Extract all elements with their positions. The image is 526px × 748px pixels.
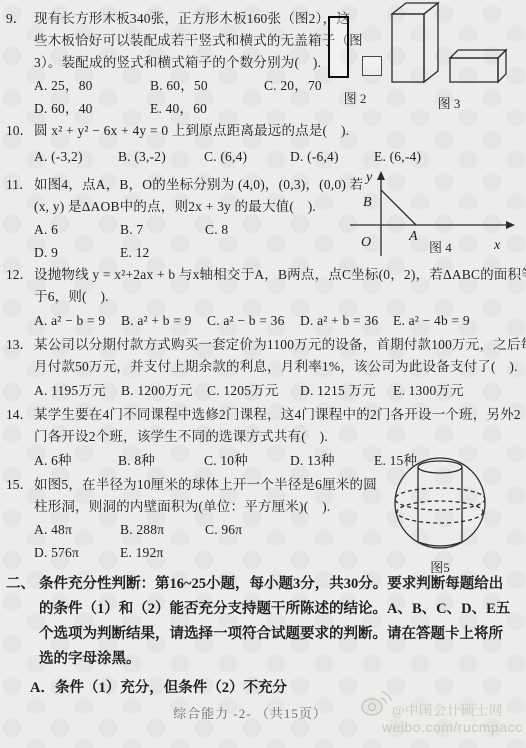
- question-text-line: 某公司以分期付款方式购买一套定价为1100万元的设备，首期付款100万元，之后每: [34, 334, 526, 356]
- option-b: B. 7: [120, 219, 205, 241]
- option-d: D. 1215 万元: [300, 380, 393, 402]
- sphere-cylinder-drawing: [390, 454, 490, 554]
- question-text-line: 柱形洞，则洞的内壁面积为(单位：平方厘米)( ).: [34, 496, 379, 518]
- question-text-line: 月付款50万元，并支付上期余款的利息，月利率1%，该公司为此设备支付了( ).: [34, 356, 526, 378]
- options-row: D. 9 E. 12: [34, 242, 334, 264]
- option-a: A. 1195万元: [34, 380, 121, 402]
- watermark-handle: @中国会计硕士网: [392, 703, 503, 718]
- boxes-3d-drawing: [388, 0, 510, 88]
- options-row: D. 576π E. 192π: [34, 542, 334, 564]
- option-e: E. 40，60: [150, 98, 264, 120]
- section-text-line: 选的字母涂黑。: [39, 647, 522, 672]
- section-2-number: 二、: [6, 572, 39, 672]
- question-text-line: 圆 x² + y² − 6x + 4y = 0 上到原点距离最远的点是( ).: [34, 120, 520, 142]
- page-footer: 综合能力 -2- （共15页）: [100, 703, 400, 722]
- question-10: 10． 圆 x² + y² − 6x + 4y = 0 上到原点距离最远的点是(…: [6, 120, 520, 168]
- question-text-line: 3）。装配成的竖式和横式箱子的个数分别为( ).: [34, 52, 326, 74]
- option-e: E. 12: [120, 242, 205, 264]
- question-number: 10．: [6, 120, 34, 142]
- option-e: E. 192π: [120, 542, 205, 564]
- section-2-header: 二、 条件充分性判断：第16~25小题，每小题3分，共30分。要求判断每题给出 …: [6, 572, 522, 701]
- question-body: 圆 x² + y² − 6x + 4y = 0 上到原点距离最远的点是( ). …: [34, 120, 520, 168]
- question-text-line: 设抛物线 y = x²+2ax + b 与x轴相交于A，B两点，点C坐标(0，2…: [34, 264, 526, 286]
- question-body: 如图5，在半径为10厘米的球体上开一个半径是6厘米的圆 柱形洞，则洞的内壁面积为…: [34, 474, 379, 564]
- question-body: 某公司以分期付款方式购买一套定价为1100万元的设备，首期付款100万元，之后每…: [34, 334, 526, 402]
- point-label-b: B: [363, 195, 372, 210]
- axis-label-y: y: [364, 170, 373, 185]
- option-c: C. 10种: [204, 450, 290, 472]
- options-row: A. 25，80 B. 60，50 C. 20，70: [34, 75, 326, 97]
- option-d: D. (-6,4): [290, 146, 374, 168]
- options-row: A. (-3,2) B. (3,-2) C. (6,4) D. (-6,4) E…: [34, 146, 520, 168]
- option-c: C. (6,4): [204, 146, 290, 168]
- section-text-line: 条件充分性判断：第16~25小题，每小题3分，共30分。要求判断每题给出: [39, 572, 522, 597]
- option-a: A. 6: [34, 219, 120, 241]
- question-text-line: 于6，则( ).: [34, 286, 526, 308]
- figure-3: 图 3: [388, 0, 514, 112]
- option-d: D. 9: [34, 242, 120, 264]
- option-c: C. 20，70: [264, 75, 326, 97]
- option-e: E. a² − 4b = 9: [393, 310, 526, 332]
- exam-page: 9． 现有长方形木板340张，正方形木板160张（图2），这 些木板恰好可以装配…: [0, 0, 526, 748]
- option-d: D. 13种: [290, 450, 374, 472]
- axis-label-x: x: [493, 238, 501, 253]
- point-label-a: A: [408, 229, 418, 244]
- question-body: 如图4，点A，B，O的坐标分别为 (4,0)，(0,3)，(0,0) 若 (x,…: [34, 174, 340, 264]
- rectangular-board-shape: [328, 16, 349, 78]
- question-text-line: 如图5，在半径为10厘米的球体上开一个半径是6厘米的圆: [34, 474, 379, 496]
- options-row: A. 48π B. 288π C. 96π: [34, 519, 334, 541]
- option-c: C. 96π: [205, 519, 334, 541]
- question-number: 12．: [6, 264, 34, 286]
- option-a: A. 6种: [34, 450, 118, 472]
- figure-2: 图 2: [324, 14, 396, 110]
- option-b: B. 1200万元: [121, 380, 207, 402]
- question-number: 11．: [6, 174, 34, 196]
- figure-4: y B O A x 图 4: [346, 168, 524, 265]
- coordinate-plot-drawing: y B O A x 图 4: [346, 168, 522, 260]
- option-b: B. a² + b = 9: [121, 310, 207, 332]
- option-a: A. 25，80: [34, 75, 150, 97]
- question-text-line: 些木板恰好可以装配成若干竖式和横式的无盖箱子（图: [34, 30, 326, 52]
- question-text-line: 某学生要在4门不同课程中选修2门课程，这4门课程中的2门各开设一个班，另外2: [34, 404, 521, 426]
- options-row: D. 60，40 E. 40，60: [34, 98, 326, 120]
- option-c: C. 1205万元: [207, 380, 300, 402]
- option-c: C. 8: [205, 219, 334, 241]
- section-2-instructions: 条件充分性判断：第16~25小题，每小题3分，共30分。要求判断每题给出 的条件…: [39, 572, 522, 672]
- question-text-line: 现有长方形木板340张，正方形木板160张（图2），这: [34, 8, 326, 30]
- question-text-line: 门各开设2个班，该学生不同的选课方式共有( ).: [34, 426, 521, 448]
- question-text-line: 如图4，点A，B，O的坐标分别为 (4,0)，(0,3)，(0,0) 若: [34, 174, 340, 196]
- question-12: 12． 设抛物线 y = x²+2ax + b 与x轴相交于A，B两点，点C坐标…: [6, 264, 520, 332]
- section-text-line: 个选项为判断结果，请选择一项符合试题要求的判断。请在答题卡上将所: [39, 622, 522, 647]
- square-board-shape: [362, 56, 382, 76]
- watermark-url: weibo.com/rucmpacc: [382, 719, 524, 735]
- option-b: B. 60，50: [150, 75, 264, 97]
- origin-label-o: O: [361, 235, 371, 250]
- watermark: @中国会计硕士网 weibo.com/rucmpacc: [360, 688, 524, 735]
- option-e: E. 1300万元: [393, 380, 526, 402]
- option-b: B. 288π: [120, 519, 205, 541]
- options-row: A. a² − b = 9 B. a² + b = 9 C. a² − b = …: [34, 310, 526, 332]
- question-number: 15．: [6, 474, 34, 496]
- option-c: C. a² − b = 36: [207, 310, 300, 332]
- options-row: A. 1195万元 B. 1200万元 C. 1205万元 D. 1215 万元…: [34, 380, 526, 402]
- section-text-line: 的条件（1）和（2）能否充分支持题干所陈述的结论。A、B、C、D、E五: [39, 597, 522, 622]
- question-number: 9．: [6, 8, 34, 30]
- option-a: A. (-3,2): [34, 146, 118, 168]
- figure-4-caption: 图 4: [429, 240, 452, 255]
- option-d: D. a² + b = 36: [300, 310, 393, 332]
- question-number: 14．: [6, 404, 34, 426]
- option-b: B. 8种: [118, 450, 204, 472]
- question-13: 13． 某公司以分期付款方式购买一套定价为1100万元的设备，首期付款100万元…: [6, 334, 520, 402]
- figure-5: 图5: [390, 454, 496, 576]
- option-d: D. 576π: [34, 542, 120, 564]
- question-body: 现有长方形木板340张，正方形木板160张（图2），这 些木板恰好可以装配成若干…: [34, 8, 326, 120]
- weibo-icon: [360, 688, 392, 718]
- question-text-line: (x, y) 是ΔAOB中的点，则2x + 3y 的最大值( ).: [34, 196, 340, 218]
- options-row: A. 6 B. 7 C. 8: [34, 219, 334, 241]
- option-d: D. 60，40: [34, 98, 150, 120]
- option-b: B. (3,-2): [118, 146, 204, 168]
- question-body: 设抛物线 y = x²+2ax + b 与x轴相交于A，B两点，点C坐标(0，2…: [34, 264, 526, 332]
- option-a: A. a² − b = 9: [34, 310, 121, 332]
- option-a: A. 48π: [34, 519, 120, 541]
- question-number: 13．: [6, 334, 34, 356]
- figure-3-caption: 图 3: [388, 93, 510, 112]
- option-e: E. (6,-4): [374, 146, 520, 168]
- figure-2-caption: 图 2: [324, 88, 386, 107]
